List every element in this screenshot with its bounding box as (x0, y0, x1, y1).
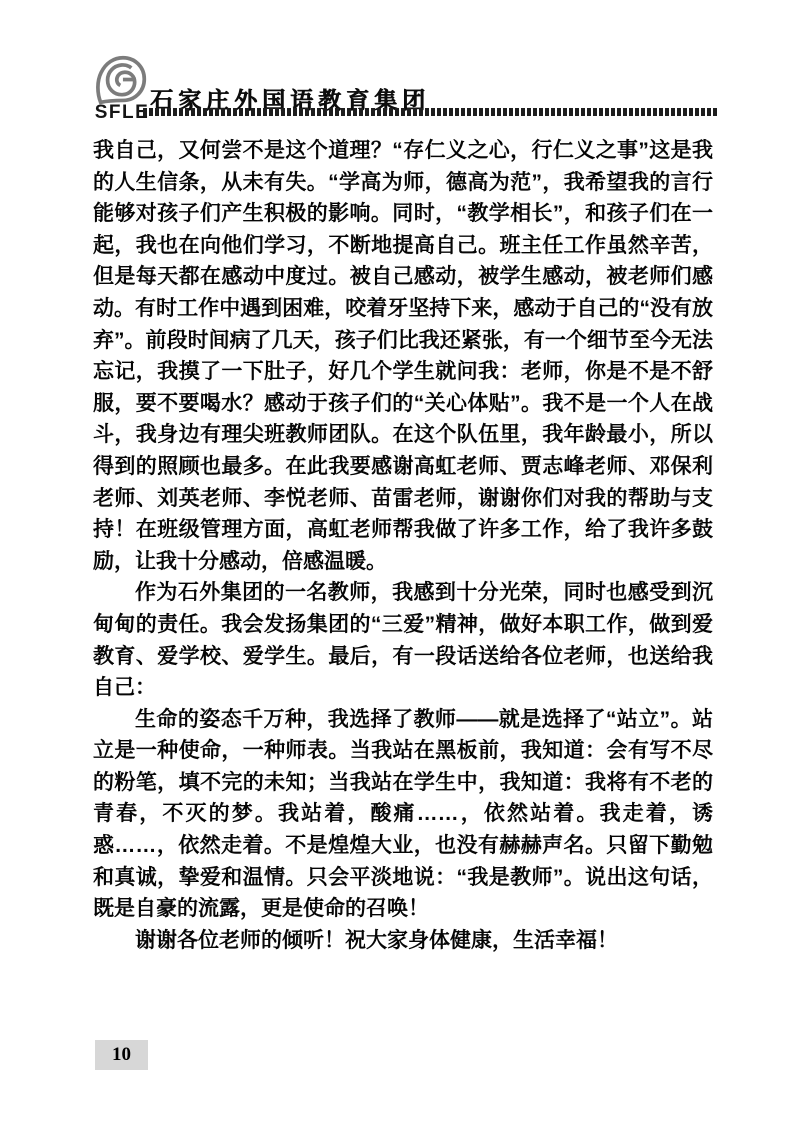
logo-drop-icon (93, 54, 151, 106)
header-dashed-rule (143, 108, 718, 116)
paragraph: 生命的姿态千万种，我选择了教师——就是选择了“站立”。站立是一种使命，一种师表。… (93, 704, 713, 925)
body-text: 我自己，又何尝不是这个道理？“存仁义之心，行仁义之事”这是我的人生信条，从未有失… (93, 135, 713, 956)
paragraph: 作为石外集团的一名教师，我感到十分光荣，同时也感受到沉甸甸的责任。我会发扬集团的… (93, 577, 713, 703)
paragraph: 我自己，又何尝不是这个道理？“存仁义之心，行仁义之事”这是我的人生信条，从未有失… (93, 135, 713, 577)
paragraph: 谢谢各位老师的倾听！祝大家身体健康，生活幸福！ (93, 925, 713, 957)
page-number-box: 10 (95, 1040, 148, 1070)
document-page: SFLE 石家庄外国语教育集团 我自己，又何尝不是这个道理？“存仁义之心，行仁义… (0, 0, 803, 1134)
page-number: 10 (112, 1044, 131, 1066)
